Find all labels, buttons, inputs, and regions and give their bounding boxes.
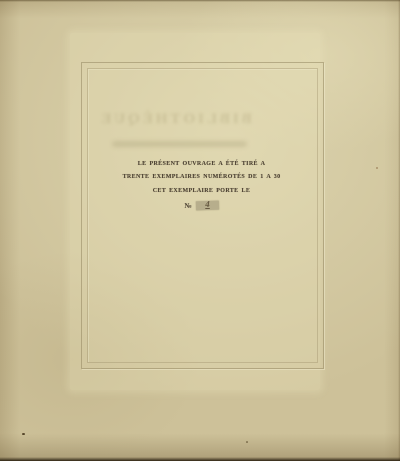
colophon-line-1: LE PRÉSENT OUVRAGE A ÉTÉ TIRÉ A xyxy=(81,161,322,168)
copy-number-patch: 4 xyxy=(196,200,219,210)
colophon-line-3: CET EXEMPLAIRE PORTE LE xyxy=(81,188,322,195)
show-through-smudge xyxy=(112,141,247,147)
colophon-text-block: LE PRÉSENT OUVRAGE A ÉTÉ TIRÉ A TRENTE E… xyxy=(81,161,322,210)
show-through-ghost-text: BIBLIOTHÈQUE xyxy=(95,109,255,129)
fox-speck xyxy=(376,167,378,169)
numero-symbol: № xyxy=(184,201,192,210)
fox-speck xyxy=(246,441,248,443)
handwritten-copy-number: 4 xyxy=(196,199,219,209)
photo-top-edge xyxy=(0,0,400,2)
photo-bottom-edge xyxy=(0,457,400,461)
fox-speck xyxy=(22,433,25,435)
book-page-scan: BIBLIOTHÈQUE LE PRÉSENT OUVRAGE A ÉTÉ TI… xyxy=(0,0,400,461)
colophon-numero-line: № 4 xyxy=(81,201,322,210)
colophon-line-2: TRENTE EXEMPLAIRES NUMÉROTÉS DE 1 A 30 xyxy=(81,174,322,181)
